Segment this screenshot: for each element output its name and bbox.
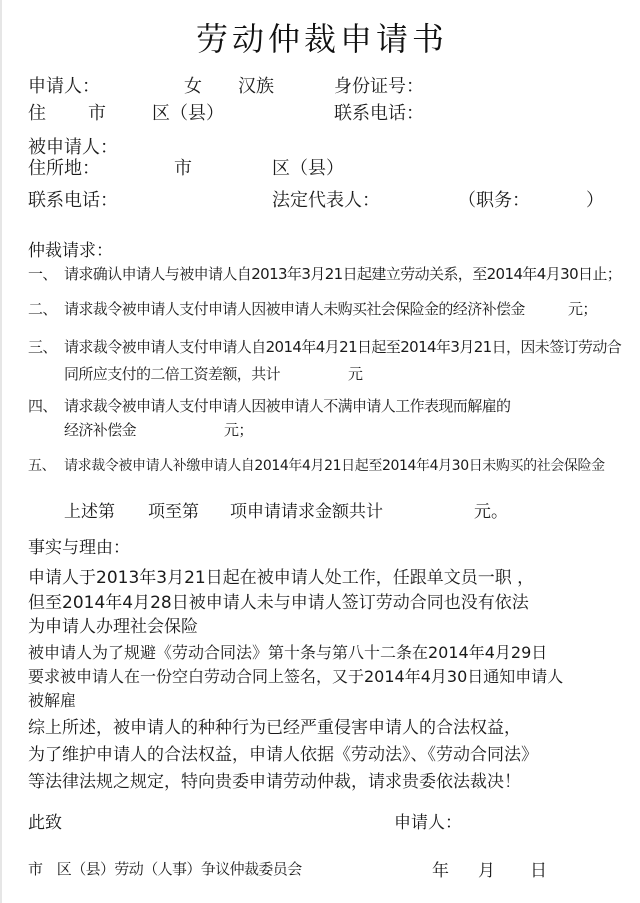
respondent-phone-label: 联系电话： bbox=[28, 186, 118, 212]
claim-item-3: 三、请求裁令被申请人支付申请人自2014年4月21日起至2014年3月21日，因… bbox=[28, 336, 621, 357]
claim-3-unit: 元 bbox=[348, 363, 362, 384]
facts-line: 被解雇 bbox=[28, 688, 76, 711]
claim-item-4: 四、请求裁令被申请人支付申请人因被申请人不满申请人工作表现而解雇的 bbox=[28, 395, 510, 416]
claim-number: 三、 bbox=[28, 336, 64, 357]
facts-line: 为申请人办理社会保险 bbox=[28, 612, 198, 637]
claim-text: 请求裁令被申请人支付申请人自2014年4月21日起至2014年3月21日，因未签… bbox=[64, 338, 621, 356]
claim-text: 请求裁令被申请人支付申请人因被申请人不满申请人工作表现而解雇的 bbox=[64, 397, 510, 415]
claim-4-line2: 经济补偿金 bbox=[64, 419, 136, 440]
facts-line: 要求被申请人在一份空白劳动合同上签名，又于2014年4月30日通知申请人 bbox=[28, 664, 563, 687]
respondent-legal-rep-label: 法定代表人： bbox=[272, 186, 380, 212]
date-year: 年 bbox=[432, 856, 449, 881]
respondent-address-label: 住所地： bbox=[28, 154, 100, 180]
respondent-position-close: ） bbox=[586, 186, 604, 212]
claim-item-2: 二、请求裁令被申请人支付申请人因被申请人未购买社会保险金的经济补偿金 bbox=[28, 298, 525, 319]
claims-total-part1: 上述第 bbox=[64, 497, 115, 522]
applicant-ethnicity: 汉族 bbox=[238, 72, 274, 98]
claim-item-5: 五、请求裁令被申请人补缴申请人自2014年4月21日起至2014年4月30日未购… bbox=[28, 455, 605, 475]
date-month: 月 bbox=[478, 856, 495, 881]
claims-total-part3: 项申请请求金额共计 bbox=[230, 497, 383, 522]
facts-line: 但至2014年4月28日被申请人未与申请人签订劳动合同也没有依法 bbox=[28, 588, 529, 613]
arbitration-committee: 市 区（县）劳动（人事）争议仲裁委员会 bbox=[28, 858, 302, 879]
facts-line: 申请人于2013年3月21日起在被申请人处工作，任跟单文员一职 ， bbox=[28, 563, 534, 588]
applicant-address-district: 区（县） bbox=[152, 99, 224, 125]
claim-3-line2: 同所应支付的二倍工资差额，共计 bbox=[64, 363, 280, 384]
applicant-gender: 女 bbox=[184, 72, 202, 98]
signature-label: 申请人： bbox=[394, 808, 462, 833]
claims-heading: 仲裁请求： bbox=[28, 236, 113, 261]
document-page: 劳动仲裁申请书 申请人： 女 汉族 身份证号： 住 市 区（县） 联系电话： 被… bbox=[0, 0, 640, 903]
applicant-phone-label: 联系电话： bbox=[334, 99, 424, 125]
respondent-address-district: 区（县） bbox=[272, 154, 344, 180]
claim-number: 五、 bbox=[28, 455, 64, 475]
claim-text: 请求裁令被申请人补缴申请人自2014年4月21日起至2014年4月30日未购买的… bbox=[64, 458, 605, 474]
closing-salutation: 此致 bbox=[28, 808, 62, 833]
claims-total-part4: 元。 bbox=[474, 497, 508, 522]
facts-line: 被申请人为了规避《劳动合同法》第十条与第八十二条在2014年4月29日 bbox=[28, 640, 547, 663]
claim-2-unit: 元； bbox=[568, 298, 597, 319]
claim-number: 一、 bbox=[28, 263, 64, 284]
claim-number: 二、 bbox=[28, 298, 64, 319]
facts-heading: 事实与理由： bbox=[28, 533, 130, 558]
applicant-id-label: 身份证号： bbox=[334, 72, 424, 98]
claim-item-1: 一、请求确认申请人与被申请人自2013年3月21日起建立劳动关系，至2014年4… bbox=[28, 263, 621, 284]
facts-line: 综上所述，被申请人的种种行为已经严重侵害申请人的合法权益， bbox=[28, 713, 521, 738]
respondent-position-label: （职务： bbox=[458, 186, 530, 212]
claim-text: 请求确认申请人与被申请人自2013年3月21日起建立劳动关系，至2014年4月3… bbox=[64, 265, 621, 283]
document-title: 劳动仲裁申请书 bbox=[2, 14, 640, 60]
claim-text: 请求裁令被申请人支付申请人因被申请人未购买社会保险金的经济补偿金 bbox=[64, 300, 525, 318]
claim-4-unit: 元； bbox=[224, 419, 253, 440]
applicant-label: 申请人： bbox=[28, 72, 100, 98]
respondent-address-city: 市 bbox=[174, 154, 192, 180]
claims-total-part2: 项至第 bbox=[148, 497, 199, 522]
facts-line: 为了维护申请人的合法权益，申请人依据《劳动法》、《劳动合同法》 bbox=[28, 740, 538, 765]
applicant-address-prefix: 住 bbox=[28, 99, 46, 125]
facts-line: 等法律法规之规定，特向贵委申请劳动仲裁，请求贵委依法裁决！ bbox=[28, 767, 521, 792]
date-day: 日 bbox=[530, 856, 547, 881]
claim-number: 四、 bbox=[28, 395, 64, 416]
applicant-address-city: 市 bbox=[88, 99, 106, 125]
